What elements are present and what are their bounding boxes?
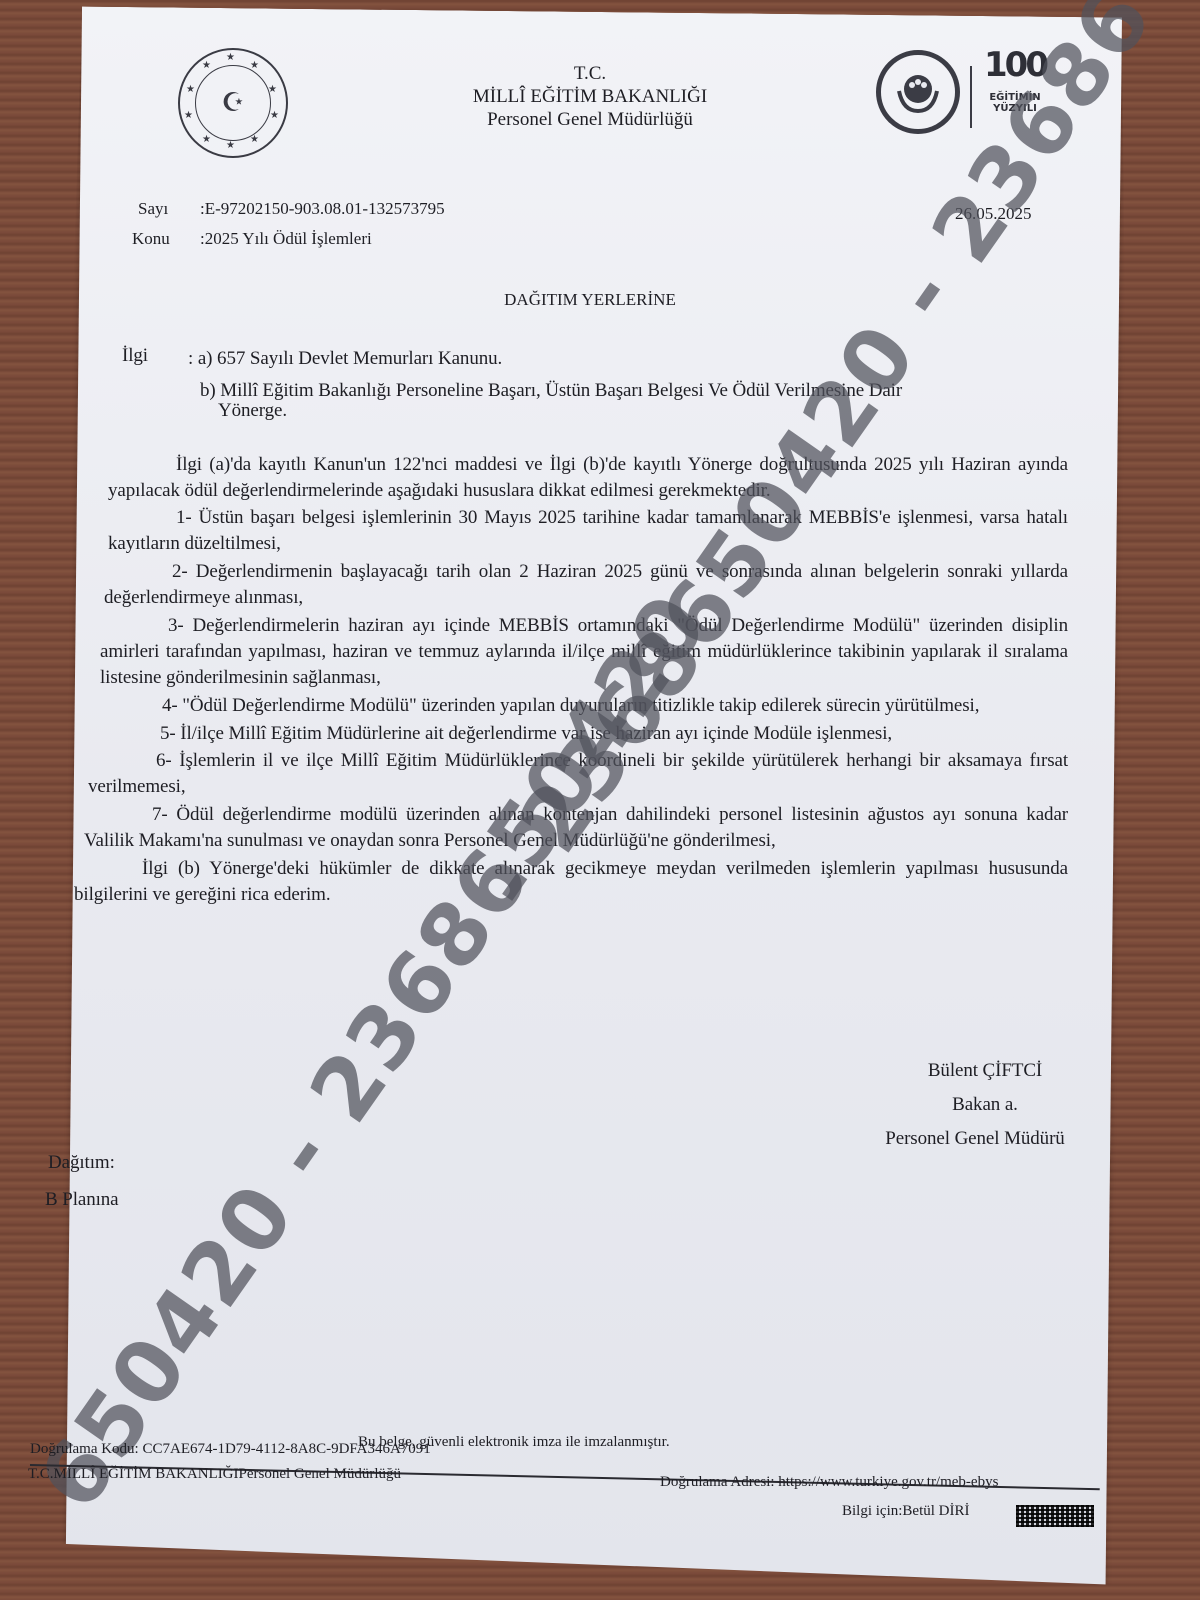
addressee: DAĞITIM YERLERİNE bbox=[440, 290, 740, 310]
sayi-value: :E-97202150-903.08.01-132573795 bbox=[200, 199, 445, 219]
distribution-value: B Planına bbox=[45, 1187, 119, 1213]
qr-code-icon bbox=[1016, 1505, 1094, 1527]
meb-seal-icon: ☪ ★ ★ ★ ★ ★ ★ ★ ★ ★ ★ bbox=[178, 48, 288, 158]
sayi-label: Sayı bbox=[138, 199, 168, 219]
verification-code: Doğrulama Kodu: CC7AE674-1D79-4112-8A8C-… bbox=[30, 1441, 431, 1458]
ilgi-a: : a) 657 Sayılı Devlet Memurları Kanunu. bbox=[188, 346, 502, 372]
signatory-on-behalf: Bakan a. bbox=[870, 1092, 1100, 1118]
konu-label: Konu bbox=[132, 229, 170, 249]
distribution-label: Dağıtım: bbox=[48, 1150, 115, 1176]
aile-yili-logo-icon bbox=[876, 50, 960, 134]
ilgi-label: İlgi bbox=[122, 343, 148, 369]
footer-institution: T.C.MİLLÎ EĞİTİM BAKANLIĞIPersonel Genel… bbox=[28, 1466, 401, 1483]
intro-paragraph: İlgi (a)'da kayıtlı Kanun'un 122'nci mad… bbox=[108, 452, 1068, 504]
ilgi-b-continued: Yönerge. bbox=[218, 398, 287, 424]
signatory-title: Personel Genel Müdürü bbox=[850, 1126, 1100, 1152]
info-contact: Bilgi için:Betül DİRİ bbox=[842, 1503, 970, 1520]
header-ministry: MİLLÎ EĞİTİM BAKANLIĞI bbox=[440, 85, 740, 108]
item-1: 1- Üstün başarı belgesi işlemlerinin 30 … bbox=[108, 505, 1068, 557]
document: ☪ ★ ★ ★ ★ ★ ★ ★ ★ ★ ★ T.C. MİLLÎ EĞİTİM … bbox=[0, 0, 1200, 1600]
signatory-name: Bülent ÇİFTCİ bbox=[870, 1058, 1100, 1084]
verification-address: Doğrulama Adresi: https://www.turkiye.go… bbox=[660, 1474, 998, 1491]
konu-value: :2025 Yılı Ödül İşlemleri bbox=[200, 229, 372, 249]
logo-divider bbox=[970, 66, 972, 128]
header-tc: T.C. bbox=[440, 62, 740, 85]
header-department: Personel Genel Müdürlüğü bbox=[440, 108, 740, 131]
signature-block: Bülent ÇİFTCİ Bakan a. Personel Genel Mü… bbox=[850, 1058, 1100, 1152]
item-2: 2- Değerlendirmenin başlayacağı tarih ol… bbox=[104, 559, 1068, 611]
